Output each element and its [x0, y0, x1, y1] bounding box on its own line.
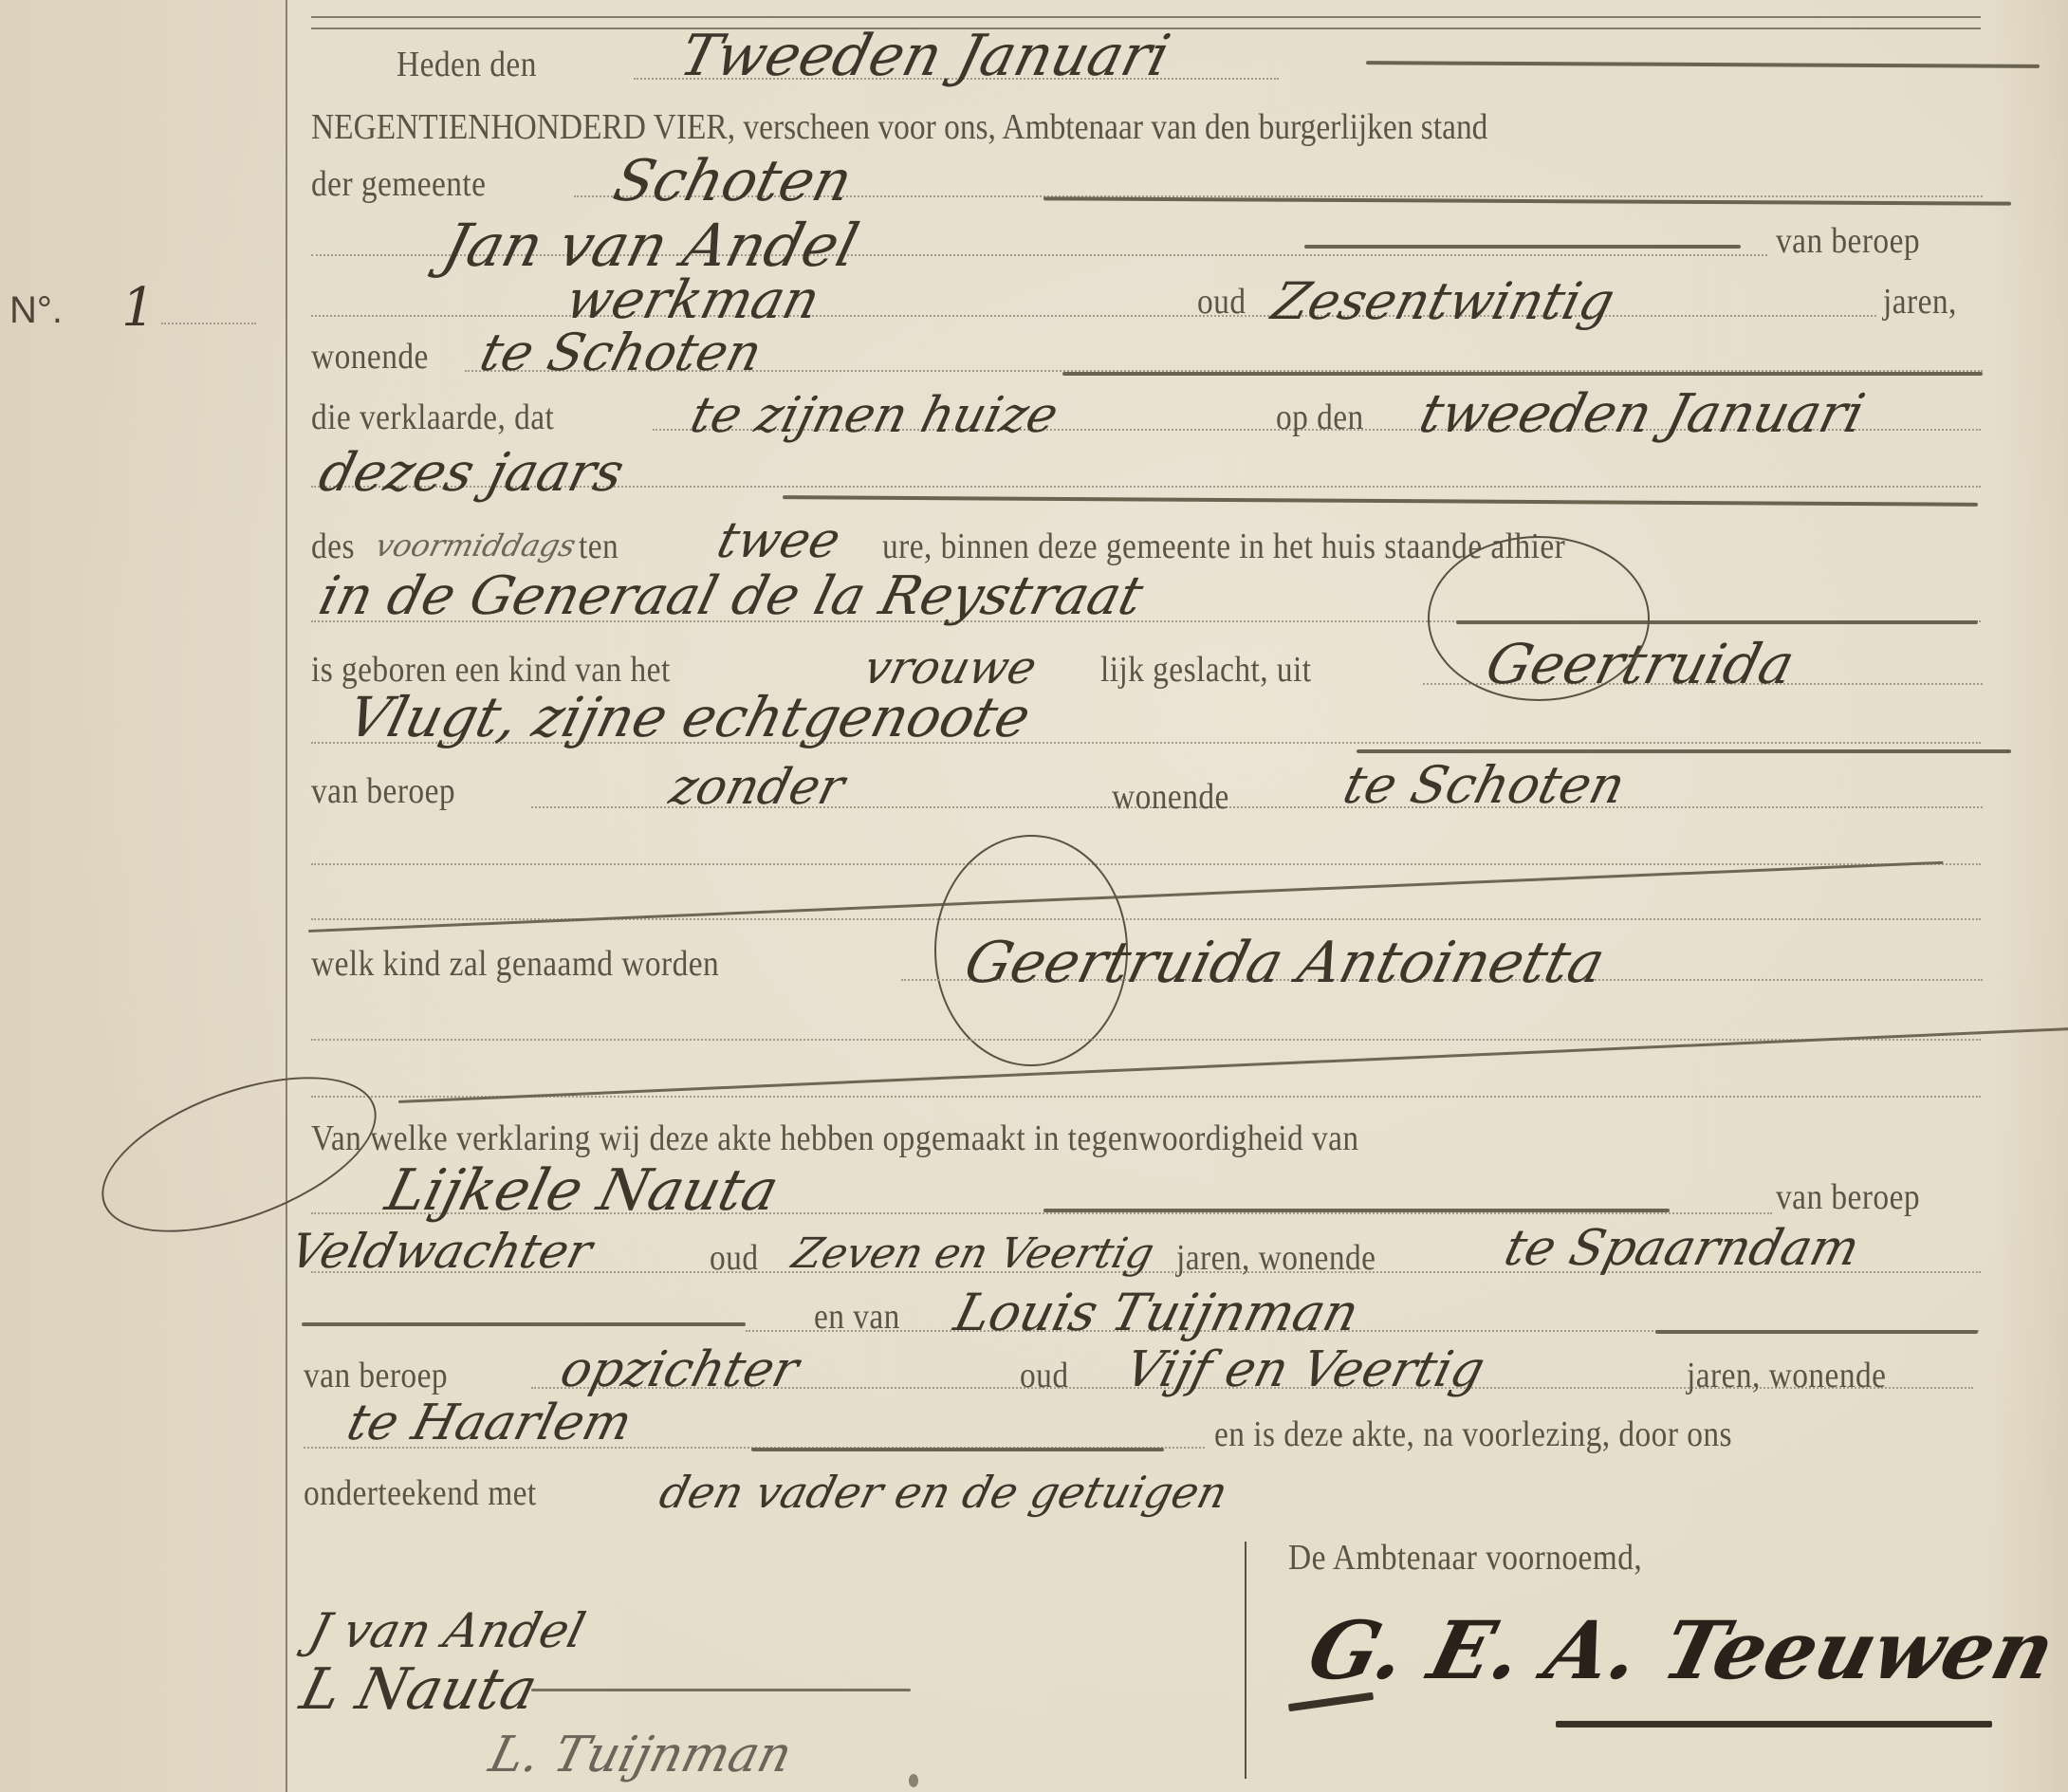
fill-line-witness-2a [302, 1322, 746, 1326]
printed-des: des [311, 526, 355, 567]
dots-line-5 [311, 315, 1876, 317]
signature-official-underline [1556, 1721, 1992, 1727]
record-number-label: N°. [9, 289, 63, 332]
printed-ten: ten [579, 526, 619, 567]
fill-line-witness-2b [1655, 1330, 1978, 1334]
printed-van-beroep-1: van beroep [1776, 220, 1920, 262]
printed-van-beroep-3: van beroep [1776, 1176, 1920, 1218]
printed-van-welke-verklaring: Van welke verklaring wij deze akte hebbe… [311, 1118, 1359, 1159]
printed-wonende-2: wonende [1112, 776, 1229, 818]
printed-jaren-wonende-2: jaren, wonende [1687, 1355, 1886, 1396]
signature-witness-2: L. Tuijnman [484, 1727, 798, 1783]
printed-en-is-deze-akte: en is deze akte, na voorlezing, door ons [1214, 1413, 1732, 1455]
fill-line-haarlem [751, 1448, 1164, 1451]
hand-hour: twee [711, 512, 846, 569]
flourish-g-loop [1428, 536, 1650, 701]
hand-witness-2-name: Louis Tuijnman [949, 1283, 1365, 1342]
hand-witness-1-residence: te Spaarndam [1499, 1220, 1865, 1277]
hand-child-name: Geertruida Antoinetta [958, 930, 1611, 996]
printed-welk-kind: welk kind zal genaamd worden [311, 943, 719, 985]
top-double-rule-upper [311, 16, 1981, 18]
hand-witness-2-age: Vijf en Veertig [1119, 1341, 1490, 1398]
ink-spot [909, 1774, 918, 1787]
hand-signed-with: den vader en de getuigen [655, 1467, 1233, 1518]
record-number-dots [161, 323, 256, 324]
printed-onderteekend-met: onderteekend met [304, 1472, 537, 1514]
hand-witness-1-name: Lijkele Nauta [379, 1157, 785, 1224]
hand-mother-residence: te Schoten [1338, 755, 1632, 815]
record-number-value: 1 [121, 277, 156, 339]
hand-time-of-day: voormiddags [372, 527, 580, 563]
hand-witness-2-occupation: opzichter [555, 1341, 804, 1398]
printed-heden-den: Heden den [397, 44, 537, 85]
margin-rule [286, 0, 287, 1792]
printed-jaren-1: jaren, [1883, 281, 1957, 323]
hand-this-year: dezes jaars [313, 442, 630, 504]
dots-line-14 [311, 863, 1981, 865]
hand-birth-place: te zijnen huize [685, 387, 1063, 444]
hand-witness-1-age: Zeven en Veertig [787, 1229, 1159, 1278]
printed-die-verklaarde: die verklaarde, dat [311, 397, 554, 438]
printed-jaren-wonende-1: jaren, wonende [1176, 1237, 1376, 1279]
hand-street: in de Generaal de la Reystraat [313, 565, 1149, 627]
signature-witness-1-tail [531, 1689, 911, 1691]
printed-official-heading: De Ambtenaar voornoemd, [1288, 1537, 1642, 1579]
signature-father: J van Andel [304, 1603, 590, 1658]
printed-oud-1: oud [1197, 281, 1246, 323]
hand-date: Tweeden Januari [674, 23, 1176, 89]
printed-lijk-geslacht: lijk geslacht, uit [1100, 649, 1311, 691]
fill-line-4 [1304, 245, 1741, 249]
printed-wonende-1: wonende [311, 336, 429, 378]
signature-official: G. E. A. Teeuwen [1300, 1603, 2064, 1697]
fill-line-6 [1062, 372, 1983, 376]
hand-mother-occupation: zonder [664, 759, 850, 816]
hand-father-residence: te Schoten [474, 323, 768, 382]
printed-en-van: en van [814, 1296, 900, 1338]
fill-line-12 [1357, 749, 2011, 753]
printed-van-beroep-2: van beroep [311, 770, 455, 812]
signature-bracket [1245, 1542, 1265, 1779]
printed-der-gemeente: der gemeente [311, 163, 486, 205]
printed-oud-2: oud [710, 1237, 758, 1279]
dots-line-17 [311, 1039, 1981, 1041]
printed-op-den: op den [1276, 397, 1364, 438]
hand-father-age: Zesentwintig [1266, 271, 1620, 331]
hand-municipality: Schoten [607, 148, 859, 214]
hand-witness-2-residence: te Haarlem [342, 1395, 637, 1451]
hand-mother-surname: Vlugt, zijne echtgenoote [342, 685, 1037, 749]
fill-line-witness-1 [1043, 1209, 1670, 1212]
printed-van-beroep-4: van beroep [304, 1355, 448, 1396]
signature-witness-1: L Nauta [294, 1656, 544, 1723]
hand-witness-1-occupation: Veldwachter [285, 1224, 598, 1279]
printed-oud-3: oud [1020, 1355, 1068, 1396]
hand-birth-date: tweeden Januari [1413, 383, 1871, 445]
printed-year-line: NEGENTIENHONDERD VIER, verscheen voor on… [311, 106, 1487, 148]
